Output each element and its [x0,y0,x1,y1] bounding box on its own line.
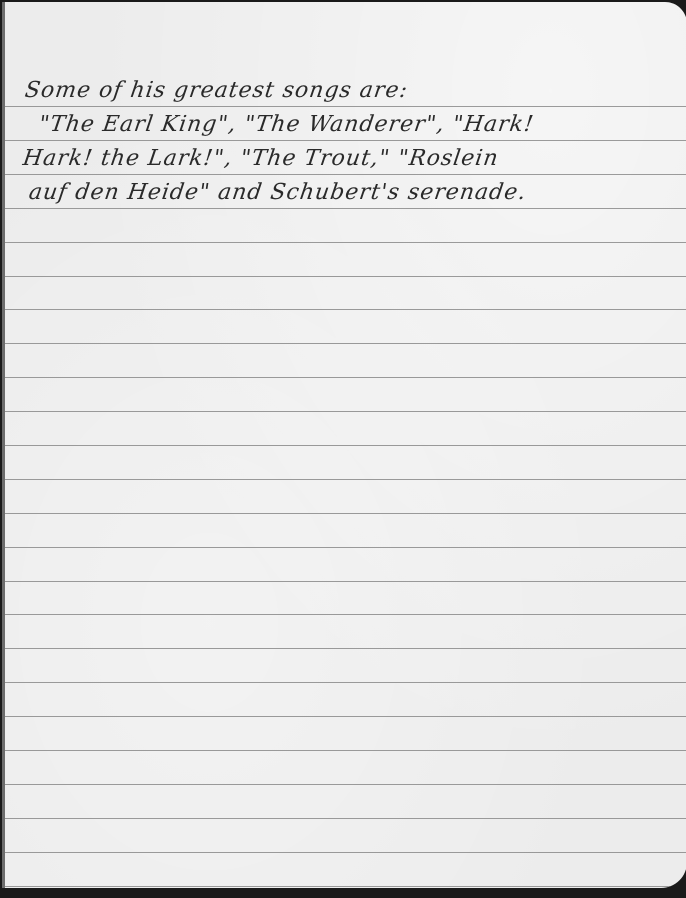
rule-line [5,852,686,853]
rule-line [5,750,686,751]
rule-line [5,513,686,514]
rule-line [5,276,686,277]
rule-line [5,886,686,887]
rule-line [5,411,686,412]
rule-line [5,547,686,548]
text-line-3: Hark! the Lark!", "The Trout," "Roslein [21,146,500,171]
text-line-2: "The Earl King", "The Wanderer", "Hark! [37,112,535,137]
text-line-4: auf den Heide" and Schubert's serenade. [27,180,528,205]
rule-line [5,343,686,344]
rule-line [5,208,686,209]
rule-line [5,140,686,141]
rule-line [5,682,686,683]
notebook-page: Some of his greatest songs are: "The Ear… [2,2,686,888]
rule-line [5,479,686,480]
rule-line [5,581,686,582]
text-line-1: Some of his greatest songs are: [23,78,409,103]
rule-line [5,445,686,446]
rule-line [5,242,686,243]
rule-line [5,309,686,310]
rule-line [5,174,686,175]
rule-line [5,818,686,819]
rule-line [5,106,686,107]
rule-line [5,716,686,717]
rule-line [5,614,686,615]
rule-line [5,377,686,378]
rule-line [5,784,686,785]
rule-line [5,648,686,649]
